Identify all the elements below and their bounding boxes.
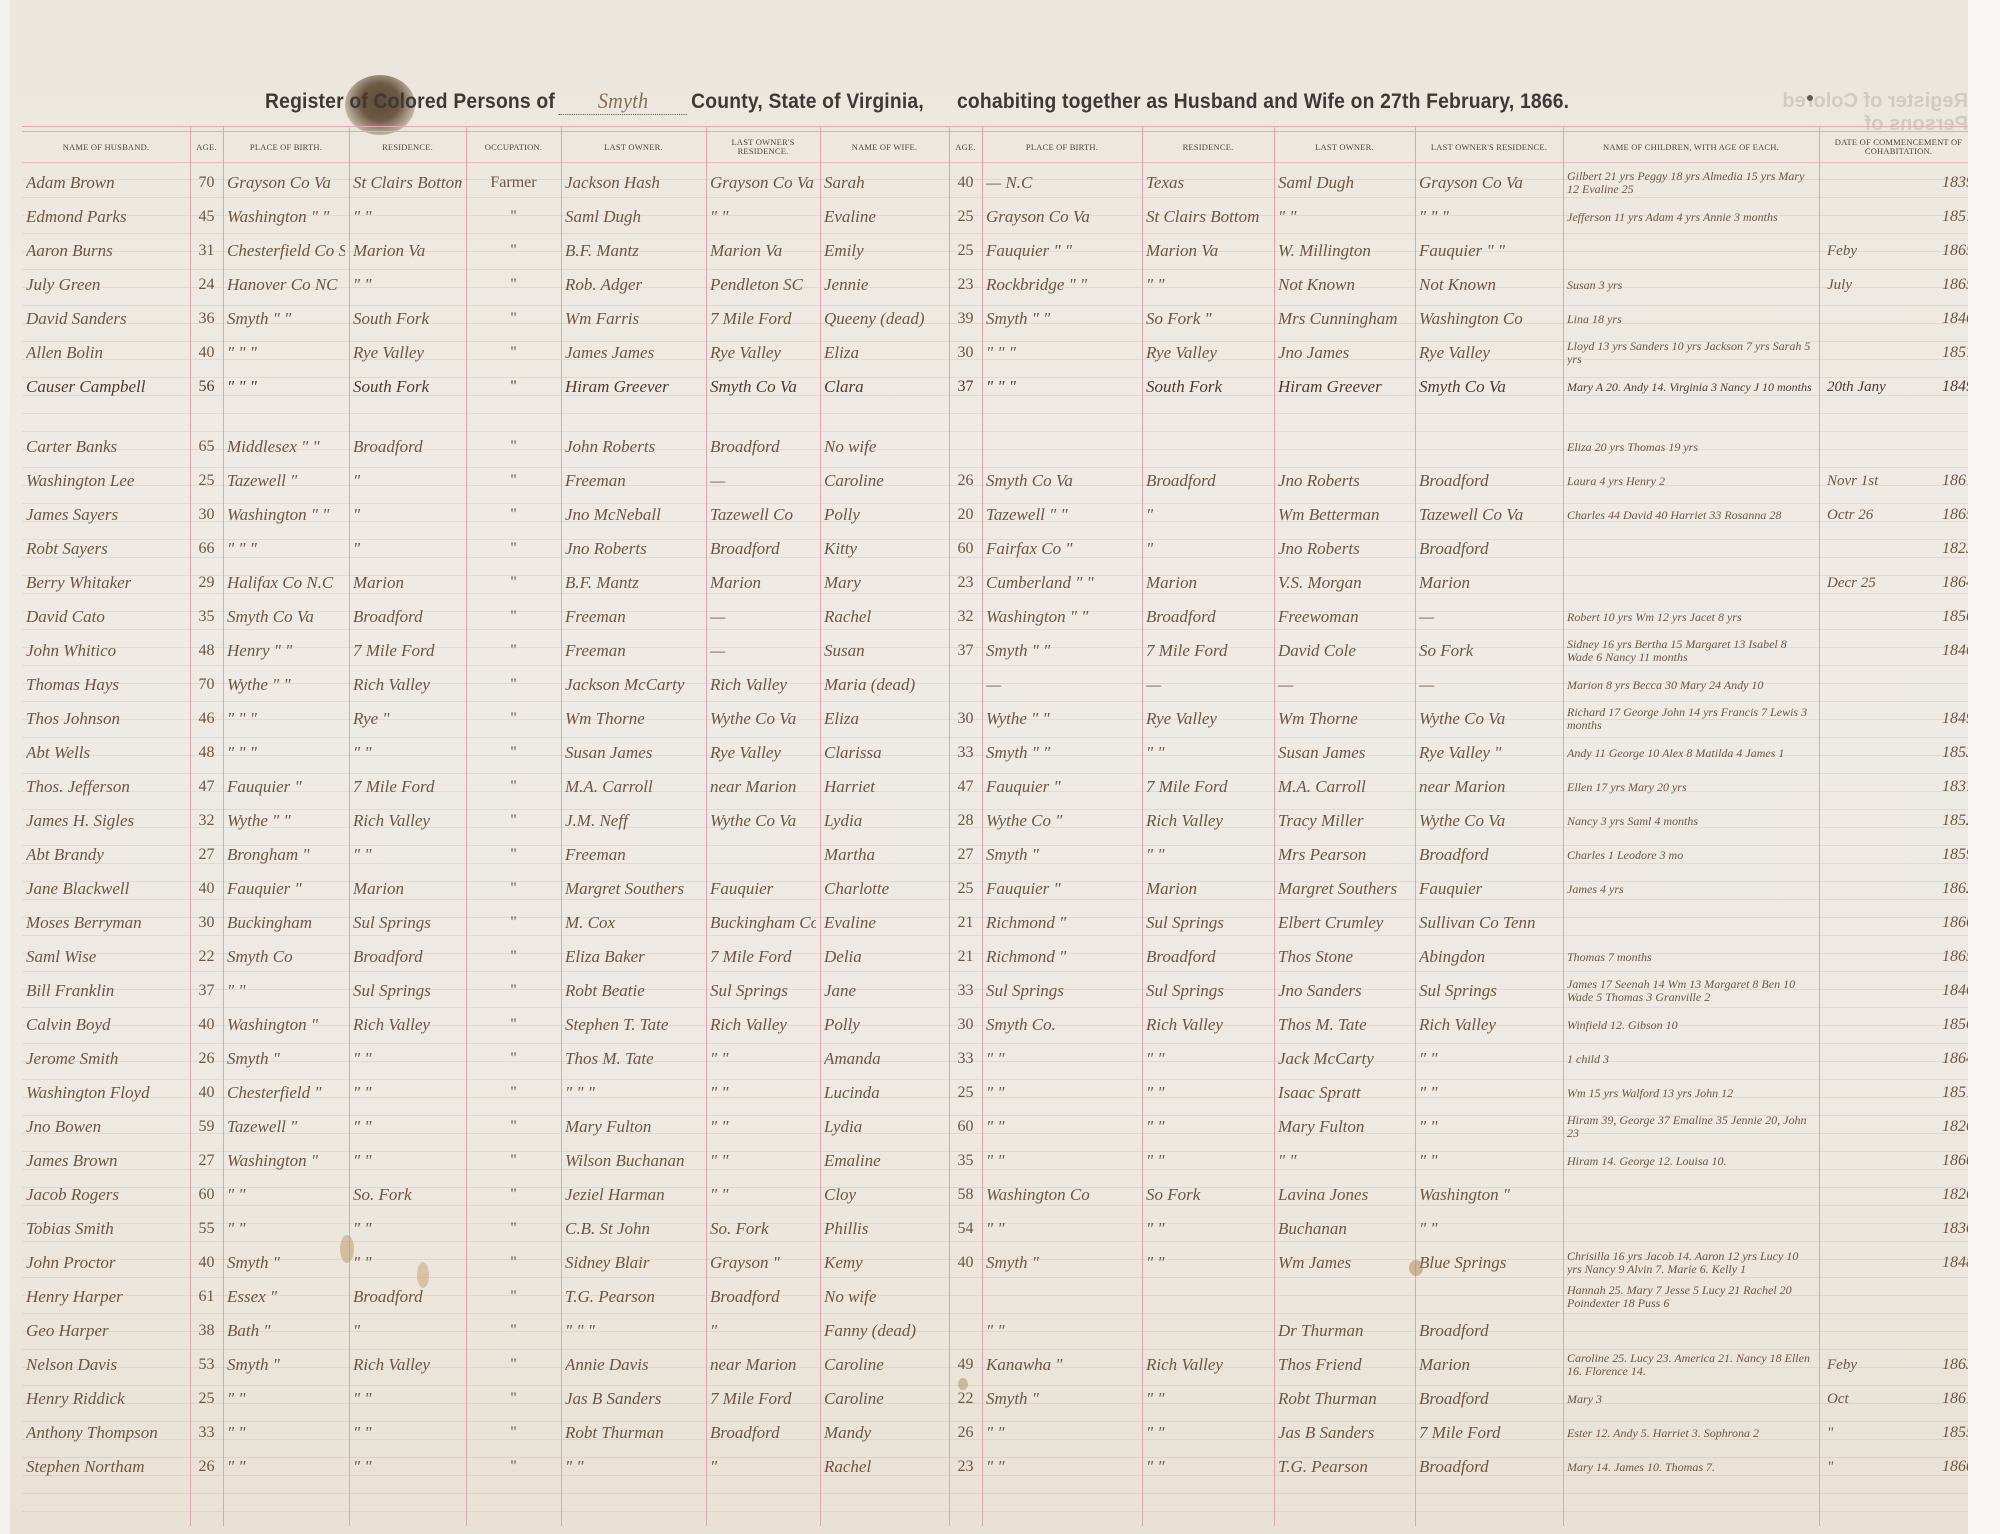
cell-date: 1855 <box>1823 1416 1980 1450</box>
cell-children: Mary 14. James 10. Thomas 7. <box>1567 1450 1815 1484</box>
column-header-date: Date of Commencement of Cohabitation. <box>1819 132 1978 162</box>
cell-occupation: " <box>470 1212 557 1246</box>
cell-owner-res: Tazewell Co <box>710 498 816 532</box>
cell-children: Andy 11 George 10 Alex 8 Matilda 4 James… <box>1567 736 1815 770</box>
cell-owner: Hiram Greever <box>565 370 702 404</box>
column-header-owner: Last Owner. <box>561 132 706 162</box>
cell-wife-owner: Jack McCarty <box>1278 1042 1411 1076</box>
cell-wife-res: Broadford <box>1146 940 1270 974</box>
cell-age: 30 <box>194 906 219 940</box>
cell-husband: David Cato <box>26 600 186 634</box>
cell-husband: Nelson Davis <box>26 1348 186 1382</box>
column-header-wife: Name of Wife. <box>820 132 949 162</box>
table-row: Bill Franklin37" "Sul Springs"Robt Beati… <box>22 974 1978 1008</box>
cell-wife-owner: Isaac Spratt <box>1278 1076 1411 1110</box>
cell-wife-birth: Kanawha " <box>986 1348 1138 1382</box>
table-row: Jacob Rogers60" "So. Fork"Jeziel Harman"… <box>22 1178 1978 1212</box>
cell-date: 1849 <box>1823 370 1980 404</box>
cell-wife-owner-res: Broadford <box>1419 1450 1559 1484</box>
cell-date: 1849 <box>1823 702 1980 736</box>
cell-owner: Freeman <box>565 838 702 872</box>
cell-owner-res: Fauquier <box>710 872 816 906</box>
cell-age: 56 <box>194 370 219 404</box>
cell-residence: " <box>353 498 462 532</box>
column-header-owner-res: Last Owner's Residence. <box>706 132 820 162</box>
cell-wife-birth: " " <box>986 1212 1138 1246</box>
cell-occupation: " <box>470 906 557 940</box>
cell-wife-owner: Lavina Jones <box>1278 1178 1411 1212</box>
cell-wife-owner-res <box>1419 430 1559 464</box>
cell-birth: " " " <box>227 702 345 736</box>
cell-children <box>1567 1178 1815 1212</box>
cell-wife-owner: Hiram Greever <box>1278 370 1411 404</box>
cell-wife-birth: " " " <box>986 336 1138 370</box>
cell-occupation: " <box>470 1144 557 1178</box>
ink-dot <box>1807 95 1813 101</box>
cell-wife-birth: — <box>986 668 1138 702</box>
cell-wife-owner-res: Washington Co <box>1419 302 1559 336</box>
table-row: Jerome Smith26Smyth "" ""Thos M. Tate" "… <box>22 1042 1978 1076</box>
cell-age: 26 <box>194 1042 219 1076</box>
cell-wife-owner-res: Broadford <box>1419 838 1559 872</box>
cell-owner: Jno McNeball <box>565 498 702 532</box>
column-header-occupation: Occupation. <box>466 132 561 162</box>
cell-wife-birth: Smyth " <box>986 1382 1138 1416</box>
cell-wife-res: " " <box>1146 1382 1270 1416</box>
cell-birth: " " <box>227 1450 345 1484</box>
cell-owner-res: Wythe Co Va <box>710 804 816 838</box>
cell-owner: T.G. Pearson <box>565 1280 702 1314</box>
cell-wife-age: 21 <box>953 940 978 974</box>
cell-occupation: " <box>470 336 557 370</box>
cell-wife-birth: " " <box>986 1076 1138 1110</box>
cell-date: 1864 <box>1823 1042 1980 1076</box>
cell-occupation: " <box>470 234 557 268</box>
table-row: Jno Bowen59Tazewell "" ""Mary Fulton" "L… <box>22 1110 1978 1144</box>
table-row: James H. Sigles32Wythe " "Rich Valley"J.… <box>22 804 1978 838</box>
cell-owner-res: Marion Va <box>710 234 816 268</box>
cell-birth: Grayson Co Va <box>227 166 345 200</box>
cell-husband: Washington Lee <box>26 464 186 498</box>
cell-residence: Marion <box>353 566 462 600</box>
cell-wife-birth: " " <box>986 1416 1138 1450</box>
cell-wife-birth: Smyth " <box>986 1246 1138 1280</box>
cell-residence: " " <box>353 1416 462 1450</box>
cell-husband: Geo Harper <box>26 1314 186 1348</box>
cell-wife: Martha <box>824 838 945 872</box>
cell-children: Mary 3 <box>1567 1382 1815 1416</box>
cell-wife-res: Rich Valley <box>1146 1348 1270 1382</box>
column-header-wife-owner: Last Owner. <box>1274 132 1415 162</box>
cell-children: Sidney 16 yrs Bertha 15 Margaret 13 Isab… <box>1567 634 1815 668</box>
cell-wife: Charlotte <box>824 872 945 906</box>
cell-children: Lloyd 13 yrs Sanders 10 yrs Jackson 7 yr… <box>1567 336 1815 370</box>
cell-wife-birth: Tazewell " " <box>986 498 1138 532</box>
cell-birth: Smyth Co <box>227 940 345 974</box>
cell-residence: Broadford <box>353 940 462 974</box>
cell-wife-owner-res: Sul Springs <box>1419 974 1559 1008</box>
cell-husband: John Proctor <box>26 1246 186 1280</box>
cell-wife-birth <box>986 430 1138 464</box>
cell-wife-birth: Wythe Co " <box>986 804 1138 838</box>
cell-wife-res: South Fork <box>1146 370 1270 404</box>
cell-owner: Jackson Hash <box>565 166 702 200</box>
cell-husband: Bill Franklin <box>26 974 186 1008</box>
cell-occupation: " <box>470 1246 557 1280</box>
cell-date: 1865 <box>1823 234 1980 268</box>
cell-age: 40 <box>194 1246 219 1280</box>
cell-wife: No wife <box>824 430 945 464</box>
cell-wife-birth: Wythe " " <box>986 702 1138 736</box>
cell-date: 1862 <box>1823 872 1980 906</box>
cell-wife-owner: V.S. Morgan <box>1278 566 1411 600</box>
cell-date: 1846 <box>1823 974 1980 1008</box>
cell-owner-res: Marion <box>710 566 816 600</box>
cell-occupation: " <box>470 600 557 634</box>
cell-owner: B.F. Mantz <box>565 234 702 268</box>
cell-wife-age: 60 <box>953 532 978 566</box>
table-row: Washington Floyd40Chesterfield "" """ " … <box>22 1076 1978 1110</box>
cell-age: 60 <box>194 1178 219 1212</box>
cell-age: 48 <box>194 736 219 770</box>
cell-date <box>1823 430 1980 464</box>
water-stain <box>958 1378 968 1390</box>
table-row: David Sanders36Smyth " "South Fork"Wm Fa… <box>22 302 1978 336</box>
cell-birth: Smyth Co Va <box>227 600 345 634</box>
cell-date: 1852 <box>1823 804 1980 838</box>
cell-birth: " " " <box>227 532 345 566</box>
cell-wife-owner: W. Millington <box>1278 234 1411 268</box>
cell-wife-birth: " " " <box>986 370 1138 404</box>
cell-residence: " <box>353 532 462 566</box>
cell-occupation: " <box>470 1280 557 1314</box>
cell-husband: Allen Bolin <box>26 336 186 370</box>
cell-children: Thomas 7 months <box>1567 940 1815 974</box>
cell-age: 25 <box>194 1382 219 1416</box>
table-row: James Brown27Washington "" ""Wilson Buch… <box>22 1144 1978 1178</box>
cell-owner: Stephen T. Tate <box>565 1008 702 1042</box>
cell-owner: Wm Farris <box>565 302 702 336</box>
cell-occupation: " <box>470 268 557 302</box>
cell-wife-res: " " <box>1146 1212 1270 1246</box>
cell-owner-res: Pendleton SC <box>710 268 816 302</box>
cell-residence: Marion <box>353 872 462 906</box>
cell-wife-age: 30 <box>953 1008 978 1042</box>
cell-wife-birth: Richmond " <box>986 940 1138 974</box>
cell-husband: Thomas Hays <box>26 668 186 702</box>
cell-age: 55 <box>194 1212 219 1246</box>
cell-owner: Jno Roberts <box>565 532 702 566</box>
cell-wife: Maria (dead) <box>824 668 945 702</box>
table-row: Henry Harper61Essex "Broadford"T.G. Pear… <box>22 1280 1978 1314</box>
cell-age: 45 <box>194 200 219 234</box>
cell-wife-age: 33 <box>953 974 978 1008</box>
cell-date: 1864 <box>1823 566 1980 600</box>
cell-occupation: " <box>470 430 557 464</box>
cell-owner: " " " <box>565 1076 702 1110</box>
cell-wife-age: 39 <box>953 302 978 336</box>
cell-occupation: " <box>470 838 557 872</box>
cell-wife-owner-res: Sullivan Co Tenn <box>1419 906 1559 940</box>
cell-wife-owner: Mrs Cunningham <box>1278 302 1411 336</box>
cell-wife: Caroline <box>824 1382 945 1416</box>
cell-wife: Lydia <box>824 1110 945 1144</box>
cell-owner-res: Wythe Co Va <box>710 702 816 736</box>
cell-wife-age: 58 <box>953 1178 978 1212</box>
cell-husband: John Whitico <box>26 634 186 668</box>
table-row: Berry Whitaker29Halifax Co N.CMarion"B.F… <box>22 566 1978 600</box>
cell-birth: " " <box>227 1178 345 1212</box>
cell-residence: Marion Va <box>353 234 462 268</box>
cell-occupation: " <box>470 1450 557 1484</box>
table-row: Jane Blackwell40Fauquier "Marion"Margret… <box>22 872 1978 906</box>
cell-owner-res: " " <box>710 1178 816 1212</box>
cell-owner: Mary Fulton <box>565 1110 702 1144</box>
cell-age: 53 <box>194 1348 219 1382</box>
cell-occupation: " <box>470 736 557 770</box>
cell-husband: Henry Harper <box>26 1280 186 1314</box>
cell-wife: Kitty <box>824 532 945 566</box>
cell-owner-res: " <box>710 1314 816 1348</box>
cell-date: 1837 <box>1823 770 1980 804</box>
cell-owner-res: " " <box>710 1076 816 1110</box>
cell-owner: C.B. St John <box>565 1212 702 1246</box>
cell-age: 59 <box>194 1110 219 1144</box>
cell-wife-age: 37 <box>953 370 978 404</box>
cell-wife-age: 37 <box>953 634 978 668</box>
cell-owner: " " " <box>565 1314 702 1348</box>
cell-wife-age: 23 <box>953 1450 978 1484</box>
cell-wife: Jennie <box>824 268 945 302</box>
table-row: Stephen Northam26" "" """ ""Rachel23" ""… <box>22 1450 1978 1484</box>
table-row: David Cato35Smyth Co VaBroadford"Freeman… <box>22 600 1978 634</box>
cell-wife-res: Broadford <box>1146 600 1270 634</box>
cell-owner-res: Sul Springs <box>710 974 816 1008</box>
cell-wife-owner <box>1278 1280 1411 1314</box>
cell-owner-res: So. Fork <box>710 1212 816 1246</box>
water-stain <box>1409 1260 1423 1276</box>
cell-birth: Chesterfield Co SC <box>227 234 345 268</box>
cell-wife-age: 33 <box>953 1042 978 1076</box>
cell-owner-res: Rich Valley <box>710 1008 816 1042</box>
cell-birth: " " " <box>227 736 345 770</box>
cell-children: Mary A 20. Andy 14. Virginia 3 Nancy J 1… <box>1567 370 1815 404</box>
cell-wife-owner-res: Marion <box>1419 566 1559 600</box>
cell-wife: Phillis <box>824 1212 945 1246</box>
cell-husband: Tobias Smith <box>26 1212 186 1246</box>
cell-owner-res: near Marion <box>710 770 816 804</box>
cell-husband: Anthony Thompson <box>26 1416 186 1450</box>
cell-date: 1839 <box>1823 166 1980 200</box>
cell-date: 1863 <box>1823 1348 1980 1382</box>
column-header-children: Name of Children, with Age of Each. <box>1563 132 1819 162</box>
cell-age: 40 <box>194 1076 219 1110</box>
cell-age: 32 <box>194 804 219 838</box>
cell-occupation: " <box>470 200 557 234</box>
cell-children: Winfield 12. Gibson 10 <box>1567 1008 1815 1042</box>
title-suffix: cohabiting together as Husband and Wife … <box>957 90 1569 114</box>
cell-age: 26 <box>194 1450 219 1484</box>
cell-owner: Jas B Sanders <box>565 1382 702 1416</box>
cell-owner: M. Cox <box>565 906 702 940</box>
cell-date: 1823 <box>1823 532 1980 566</box>
cell-wife-owner-res: 7 Mile Ford <box>1419 1416 1559 1450</box>
cell-wife-res: Marion <box>1146 872 1270 906</box>
cell-husband: Stephen Northam <box>26 1450 186 1484</box>
cell-husband: James Brown <box>26 1144 186 1178</box>
cell-wife-birth: Fairfax Co " <box>986 532 1138 566</box>
cell-wife-age: 27 <box>953 838 978 872</box>
cell-birth: Smyth " " <box>227 302 345 336</box>
cell-age: 36 <box>194 302 219 336</box>
table-row: Tobias Smith55" "" ""C.B. St JohnSo. For… <box>22 1212 1978 1246</box>
cell-residence: Broadford <box>353 600 462 634</box>
cell-date: 1860 <box>1823 1144 1980 1178</box>
cell-wife-owner-res: " " <box>1419 1144 1559 1178</box>
cell-date: 1866 <box>1823 906 1980 940</box>
cell-date: 1826 <box>1823 1110 1980 1144</box>
cell-wife-res: " " <box>1146 1246 1270 1280</box>
cell-date <box>1823 1280 1980 1314</box>
cell-wife-birth: " " <box>986 1314 1138 1348</box>
cell-occupation: " <box>470 532 557 566</box>
cell-wife-owner-res: " " <box>1419 1042 1559 1076</box>
cell-wife: Susan <box>824 634 945 668</box>
cell-wife-birth: Fauquier " <box>986 770 1138 804</box>
table-row: John Proctor40Smyth "" ""Sidney BlairGra… <box>22 1246 1978 1280</box>
cell-occupation: " <box>470 804 557 838</box>
cell-birth: Essex " <box>227 1280 345 1314</box>
table-row: Abt Brandy27Brongham "" ""FreemanMartha2… <box>22 838 1978 872</box>
cell-wife: Caroline <box>824 464 945 498</box>
cell-wife-owner: David Cole <box>1278 634 1411 668</box>
cell-wife-res: St Clairs Bottom <box>1146 200 1270 234</box>
cell-wife-age: 49 <box>953 1348 978 1382</box>
cell-wife-res: 7 Mile Ford <box>1146 770 1270 804</box>
cell-husband: July Green <box>26 268 186 302</box>
cell-birth: Halifax Co N.C <box>227 566 345 600</box>
cell-birth: Smyth " <box>227 1246 345 1280</box>
cell-wife-birth: Smyth Co. <box>986 1008 1138 1042</box>
cell-birth: Buckingham <box>227 906 345 940</box>
cell-occupation: " <box>470 770 557 804</box>
cell-wife-res: Sul Springs <box>1146 906 1270 940</box>
cell-residence: Rich Valley <box>353 1008 462 1042</box>
cell-husband: Edmond Parks <box>26 200 186 234</box>
cell-birth: Henry " " <box>227 634 345 668</box>
cell-wife-birth: " " <box>986 1450 1138 1484</box>
cell-birth: Middlesex " " <box>227 430 345 464</box>
cell-owner: Wilson Buchanan <box>565 1144 702 1178</box>
cell-wife-res: So Fork " <box>1146 302 1270 336</box>
cell-wife-owner: Wm Betterman <box>1278 498 1411 532</box>
cell-date: 1826 <box>1823 1178 1980 1212</box>
cell-occupation: " <box>470 974 557 1008</box>
cell-owner-res: Broadford <box>710 1280 816 1314</box>
cell-wife-owner-res: " " <box>1419 1076 1559 1110</box>
cell-wife-owner: Buchanan <box>1278 1212 1411 1246</box>
cell-occupation: " <box>470 1348 557 1382</box>
cell-wife: Caroline <box>824 1348 945 1382</box>
cell-wife-age <box>953 1280 978 1314</box>
cell-wife-birth: — N.C <box>986 166 1138 200</box>
cell-wife-birth: Smyth Co Va <box>986 464 1138 498</box>
cell-wife-res: Rye Valley <box>1146 702 1270 736</box>
cell-date: 1857 <box>1823 336 1980 370</box>
cell-wife: Lucinda <box>824 1076 945 1110</box>
cell-wife-owner: Jno Sanders <box>1278 974 1411 1008</box>
cell-wife-owner: Wm James <box>1278 1246 1411 1280</box>
table-row: Abt Wells48" " "" ""Susan JamesRye Valle… <box>22 736 1978 770</box>
cell-children: Jefferson 11 yrs Adam 4 yrs Annie 3 mont… <box>1567 200 1815 234</box>
title-middle: County, State of Virginia, <box>691 90 924 114</box>
cell-owner-res: 7 Mile Ford <box>710 940 816 974</box>
cell-wife-owner: Wm Thorne <box>1278 702 1411 736</box>
cell-husband: Robt Sayers <box>26 532 186 566</box>
cell-wife-owner-res: Broadford <box>1419 464 1559 498</box>
cell-wife-owner: Thos M. Tate <box>1278 1008 1411 1042</box>
cell-age: 30 <box>194 498 219 532</box>
cell-wife: Jane <box>824 974 945 1008</box>
cell-owner: Eliza Baker <box>565 940 702 974</box>
cell-wife-owner-res: Broadford <box>1419 532 1559 566</box>
cell-owner: Thos M. Tate <box>565 1042 702 1076</box>
cell-age: 65 <box>194 430 219 464</box>
cell-wife-birth: Smyth " " <box>986 736 1138 770</box>
cell-owner: Annie Davis <box>565 1348 702 1382</box>
cell-husband: James Sayers <box>26 498 186 532</box>
table-row: Saml Wise22Smyth CoBroadford"Eliza Baker… <box>22 940 1978 974</box>
cell-birth: Brongham " <box>227 838 345 872</box>
cell-wife-res: Rich Valley <box>1146 1008 1270 1042</box>
cell-residence: " " <box>353 1042 462 1076</box>
cell-wife-age: 23 <box>953 566 978 600</box>
cell-occupation: " <box>470 1110 557 1144</box>
cell-husband: Adam Brown <box>26 166 186 200</box>
header-bottom-rule <box>22 162 1978 163</box>
cell-occupation: " <box>470 1076 557 1110</box>
column-header-birth: Place of Birth. <box>223 132 349 162</box>
cell-children: Ester 12. Andy 5. Harriet 3. Sophrona 2 <box>1567 1416 1815 1450</box>
cell-wife-res: Marion <box>1146 566 1270 600</box>
cell-wife-owner-res: Wythe Co Va <box>1419 702 1559 736</box>
cell-age: 48 <box>194 634 219 668</box>
cell-owner: Sidney Blair <box>565 1246 702 1280</box>
cell-wife-res: " " <box>1146 268 1270 302</box>
cell-owner-res: Broadford <box>710 532 816 566</box>
cell-children: Ellen 17 yrs Mary 20 yrs <box>1567 770 1815 804</box>
cell-wife-birth: Smyth " <box>986 838 1138 872</box>
cell-children: Chrisilla 16 yrs Jacob 14. Aaron 12 yrs … <box>1567 1246 1815 1280</box>
table-row: Robt Sayers66" " """Jno RobertsBroadford… <box>22 532 1978 566</box>
cell-occupation: " <box>470 702 557 736</box>
cell-occupation: " <box>470 370 557 404</box>
cell-wife-owner-res: Rye Valley <box>1419 336 1559 370</box>
county-name: Smyth <box>559 88 688 115</box>
cell-wife-owner: Elbert Crumley <box>1278 906 1411 940</box>
cell-wife-age: 33 <box>953 736 978 770</box>
cell-age: 25 <box>194 464 219 498</box>
cell-wife-owner: Thos Friend <box>1278 1348 1411 1382</box>
cell-owner-res: Buckingham Co <box>710 906 816 940</box>
cell-wife-age: 60 <box>953 1110 978 1144</box>
cell-wife-res: " <box>1146 498 1270 532</box>
cell-date: 1853 <box>1823 736 1980 770</box>
table-row: Carter Banks65Middlesex " "Broadford"Joh… <box>22 430 1978 464</box>
cell-owner: Wm Thorne <box>565 702 702 736</box>
cell-wife-owner-res: Smyth Co Va <box>1419 370 1559 404</box>
cell-husband: Thos Johnson <box>26 702 186 736</box>
